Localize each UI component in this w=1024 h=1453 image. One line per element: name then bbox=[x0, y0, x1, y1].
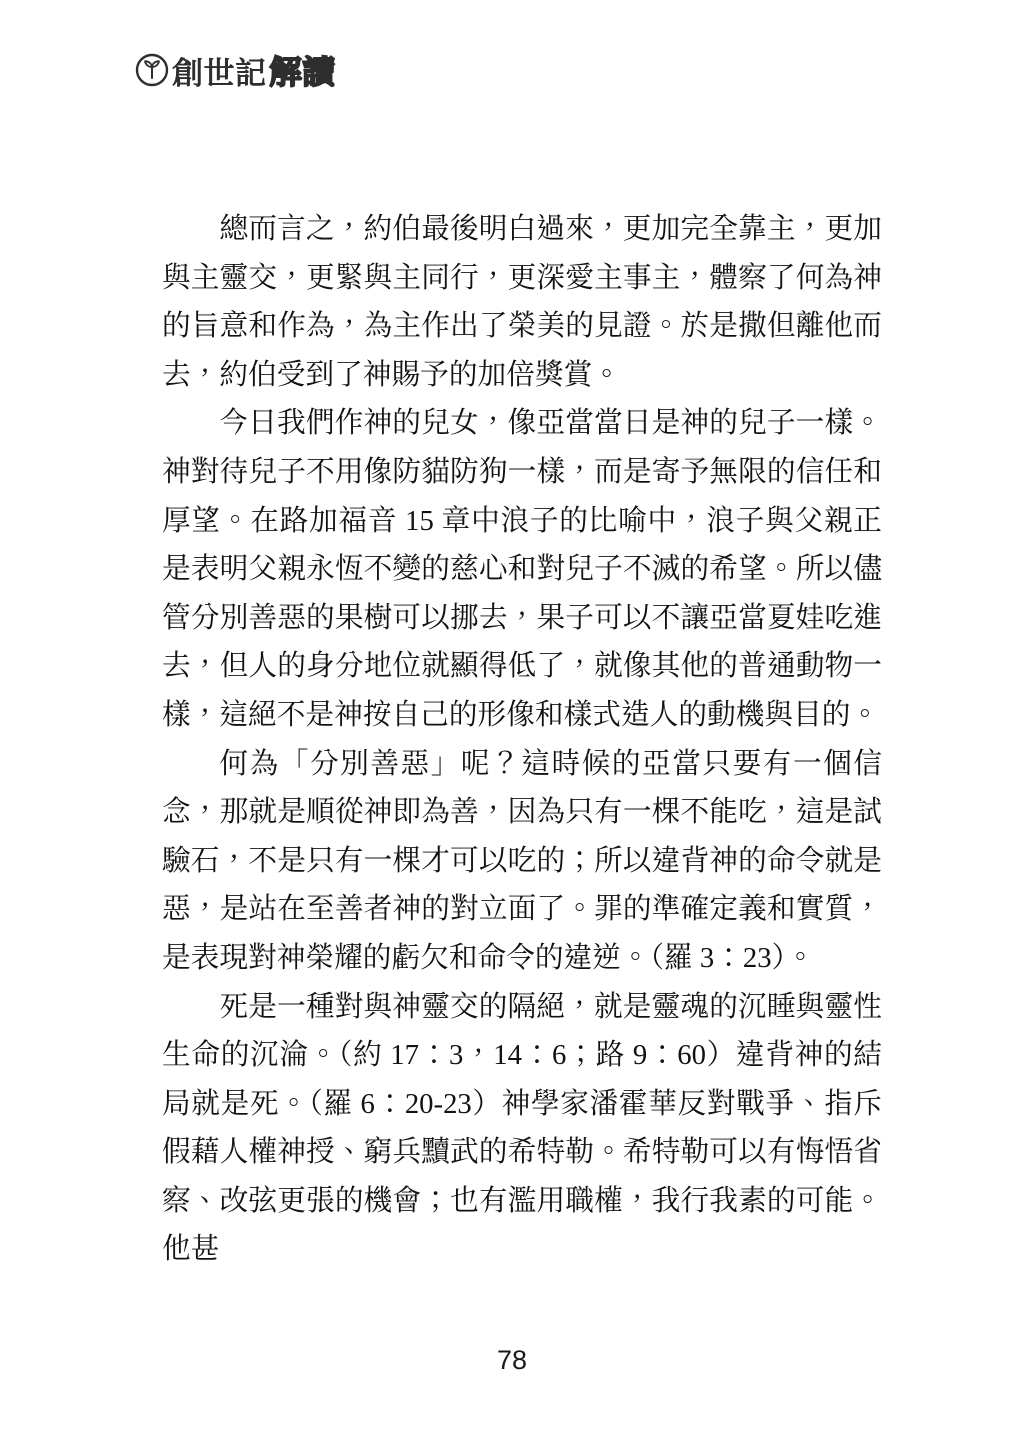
paragraph-1: 總而言之，約伯最後明白過來，更加完全靠主，更加與主靈交，更緊與主同行，更深愛主事… bbox=[162, 205, 882, 399]
book-header: 創世記 解讀 bbox=[135, 50, 336, 90]
paragraph-4: 死是一種對與神靈交的隔絕，就是靈魂的沉睡與靈性生命的沉淪。（約 17：3，14：… bbox=[162, 983, 882, 1275]
page-number: 78 bbox=[497, 1345, 527, 1375]
book-title-main: 創世記 bbox=[172, 48, 267, 93]
book-title-sub: 解讀 bbox=[270, 47, 336, 93]
paragraph-3: 何為「分別善惡」呢？這時候的亞當只要有一個信念，那就是順從神即為善，因為只有一棵… bbox=[162, 740, 882, 983]
body-text: 總而言之，約伯最後明白過來，更加完全靠主，更加與主靈交，更緊與主同行，更深愛主事… bbox=[162, 205, 882, 1274]
sprout-in-circle-icon bbox=[135, 53, 169, 87]
book-page: 創世記 解讀 總而言之，約伯最後明白過來，更加完全靠主，更加與主靈交，更緊與主同… bbox=[0, 0, 1024, 1453]
paragraph-2: 今日我們作神的兒女，像亞當當日是神的兒子一樣。神對待兒子不用像防貓防狗一樣，而是… bbox=[162, 399, 882, 739]
page-footer: 78 bbox=[0, 1345, 1024, 1376]
